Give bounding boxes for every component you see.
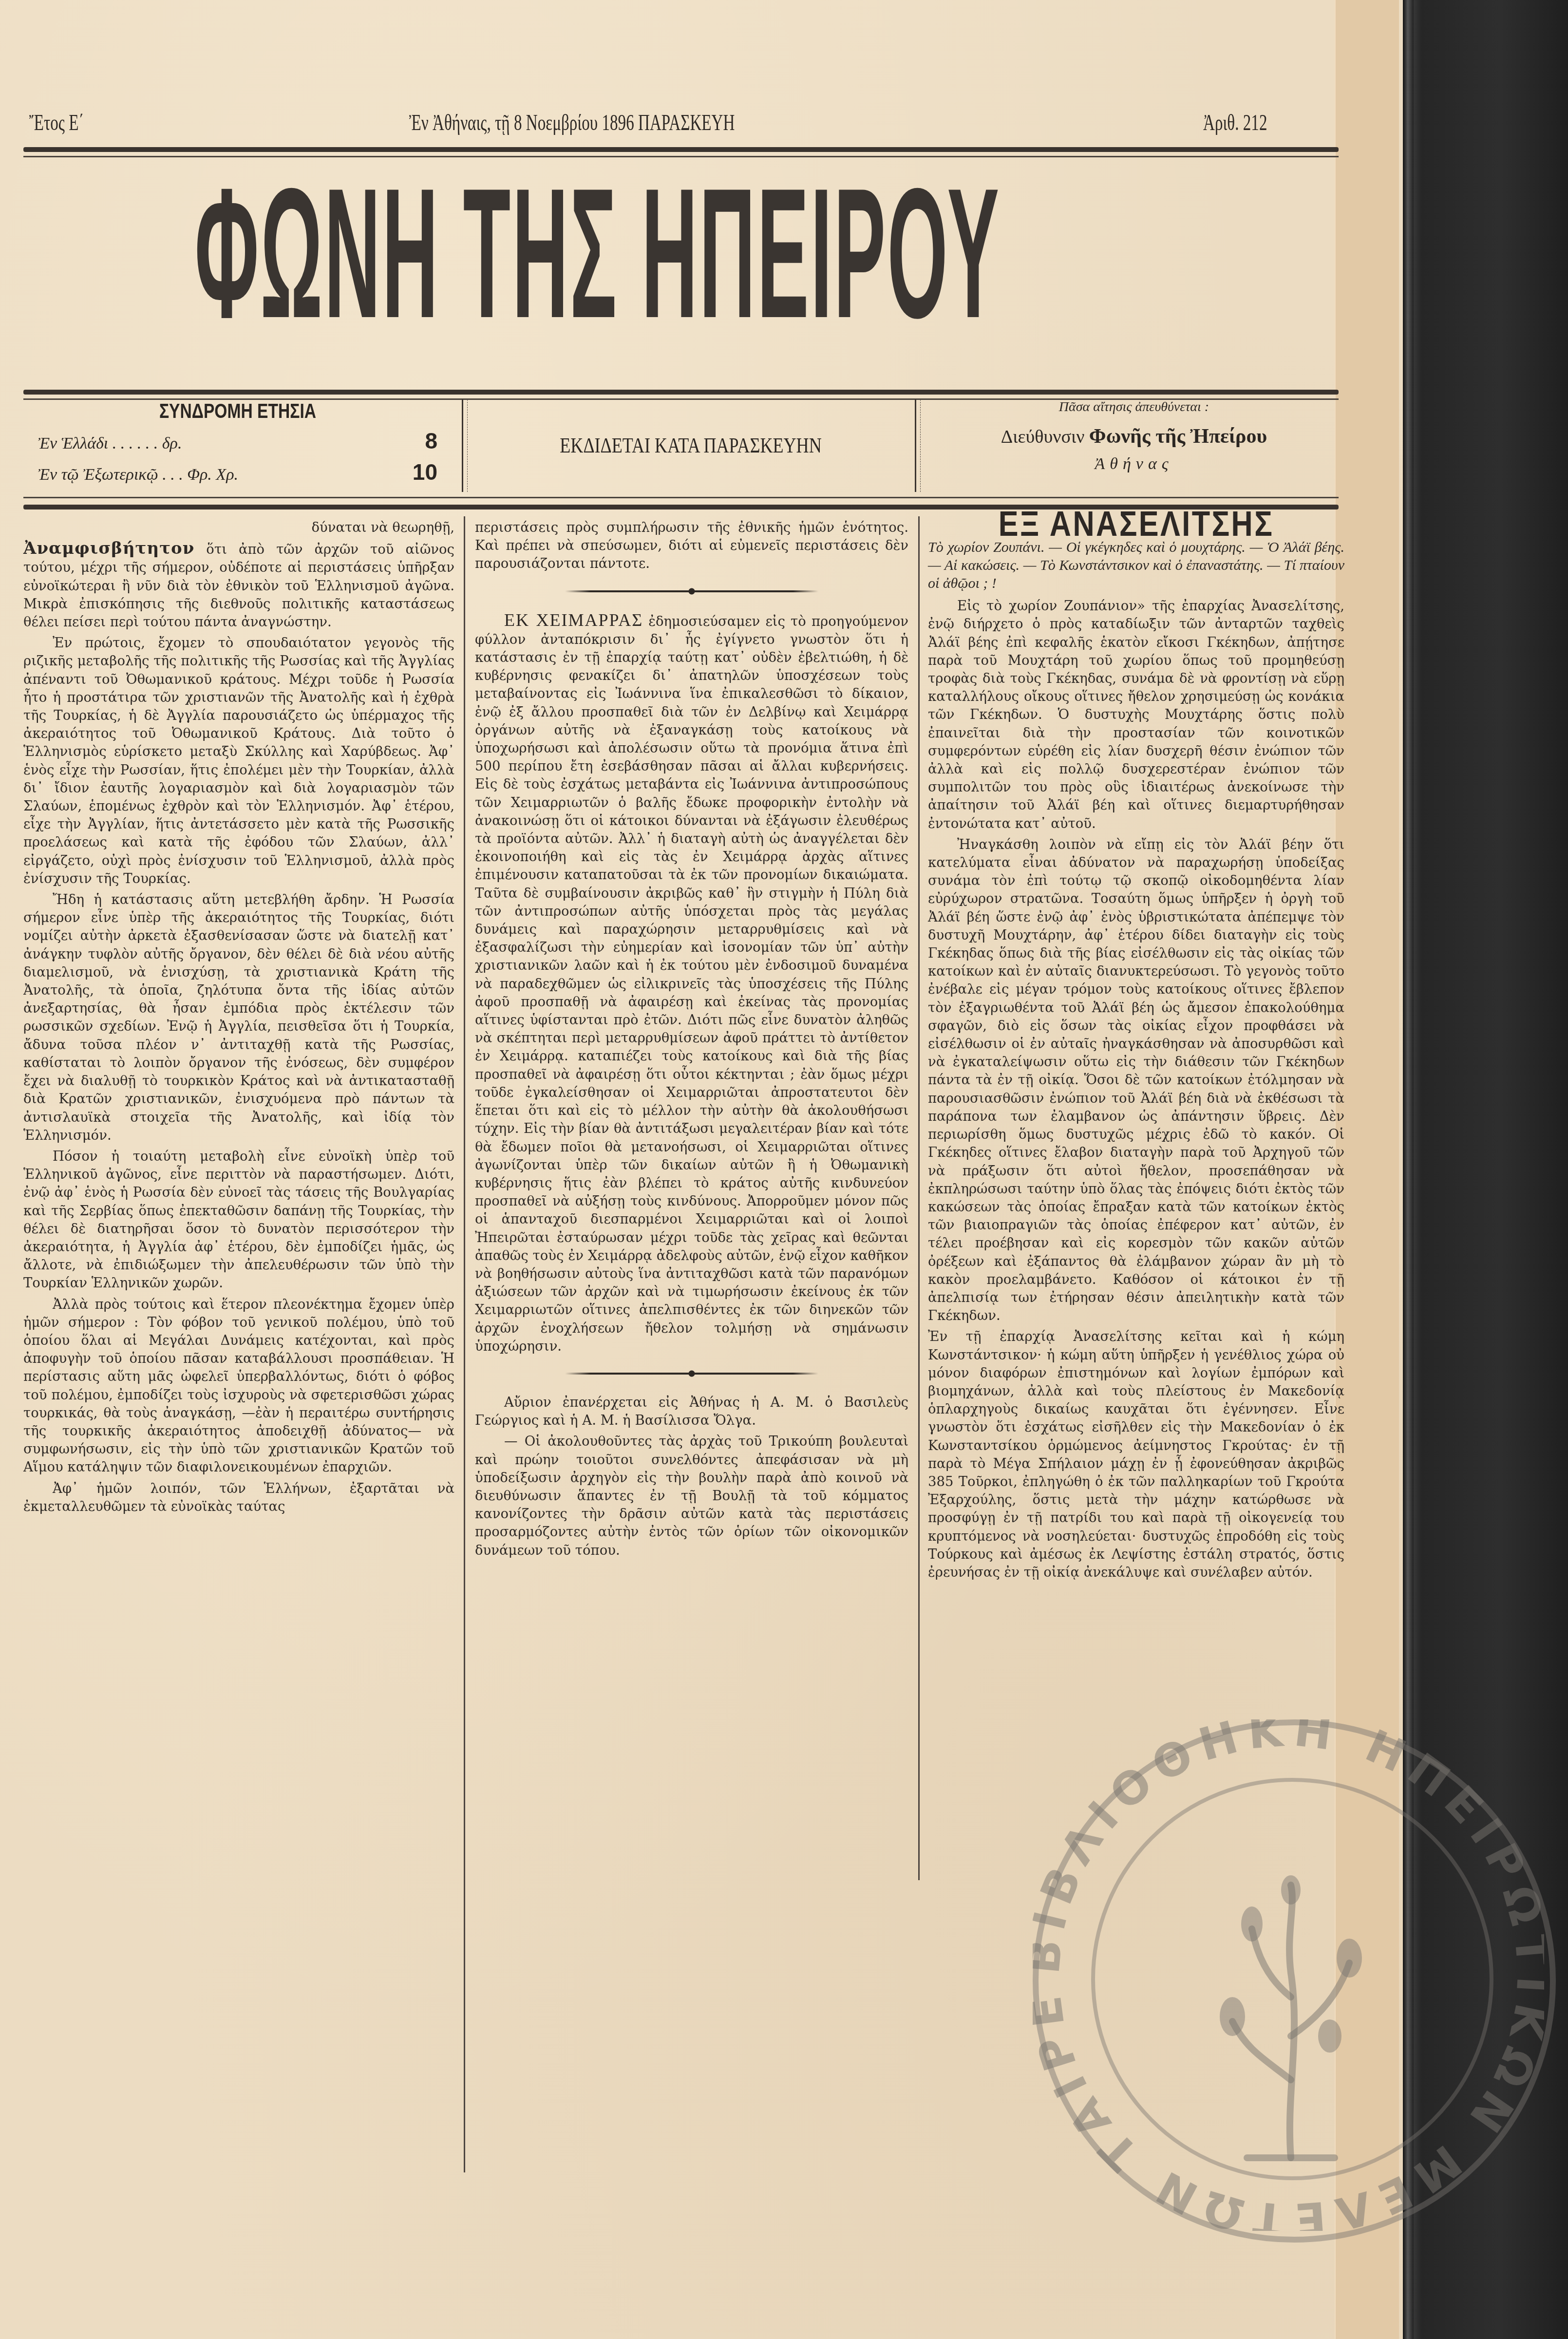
newspaper-page: Ἔτος Ε΄ Ἐν Ἀθήναις, τῇ 8 Νοεμβρίου 1896 …: [0, 0, 1403, 2339]
subscription-row-abroad: Ἐν τῷ Ἐξωτερικῷ . . . Φρ. Χρ. 10: [38, 459, 437, 485]
subscription-price: 10: [413, 459, 437, 485]
lede-paragraph: Ἀναμφισβήτητον ὅτι ἀπὸ τῶν ἀρχῶν τοῦ αἰῶ…: [23, 540, 454, 631]
address-line: Διεύθυνσιν Φωνῆς τῆς Ἠπείρου: [929, 425, 1339, 448]
issued-box: ΕΚΔΙΔΕΤΑΙ ΚΑΤΑ ΠΑΡΑΣΚΕΥΗΝ: [472, 399, 910, 492]
chimarra-text: ἐδημοσιεύσαμεν εἰς τὸ προηγούμενον φύλλο…: [475, 614, 908, 1354]
chimarra-paragraph: ΕΚ ΧΕΙΜΑΡΡΑΣ ἐδημοσιεύσαμεν εἰς τὸ προηγ…: [475, 611, 908, 1356]
band-rule-bottom-thin: [23, 497, 1339, 498]
article-paragraph: Ἤδη ἡ κατάστασις αὕτη μετεβλήθη ἄρδην. Ἡ…: [23, 891, 454, 1145]
subscription-label: Ἐν τῷ Ἐξωτερικῷ . . . Φρ. Χρ.: [38, 466, 238, 484]
column-rule: [918, 516, 920, 1880]
subscription-title: ΣΥΝΔΡΟΜΗ ΕΤΗΣΙΑ: [78, 399, 397, 423]
date-label: Ἐν Ἀθήναις, τῇ 8 Νοεμβρίου 1896 ΠΑΡΑΣΚΕΥ…: [409, 110, 735, 135]
column-middle: περιστάσεις πρὸς συμπλήρωσιν τῆς ἐθνικῆς…: [475, 519, 908, 1563]
subscription-row-domestic: Ἐν Ἑλλάδι . . . . . . δρ. 8: [38, 428, 437, 454]
section-divider-ornament: [565, 588, 818, 595]
lede-word: Ἀναμφισβήτητον: [23, 539, 194, 558]
article-paragraph: Ἀλλὰ πρὸς τούτοις καὶ ἕτερον πλεονέκτημα…: [23, 1296, 454, 1477]
book-binding: [1398, 0, 1568, 2339]
trikoupis-paragraph: — Οἱ ἀκολουθοῦντες τὰς ἀρχὰς τοῦ Τρικούπ…: [475, 1433, 908, 1559]
address-name: Φωνῆς τῆς Ἠπείρου: [1089, 425, 1267, 448]
address-prefix: Διεύθυνσιν: [1001, 427, 1085, 447]
address-box: Πᾶσα αἴτησις ἀπευθύνεται : Διεύθυνσιν Φω…: [929, 399, 1339, 492]
address-note: Πᾶσα αἴτησις ἀπευθύνεται :: [929, 399, 1339, 415]
subscription-box: ΣΥΝΔΡΟΜΗ ΕΤΗΣΙΑ Ἐν Ἑλλάδι . . . . . . δρ…: [38, 399, 437, 492]
column-left: δύναται νὰ θεωρηθῇ, Ἀναμφισβήτητον ὅτι ἀ…: [23, 519, 454, 1519]
royal-return-paragraph: Αὔριον ἐπανέρχεται εἰς Ἀθήνας ἡ Α. Μ. ὁ …: [475, 1394, 908, 1430]
section-divider-ornament: [565, 1370, 818, 1377]
masthead-title: ΦΩΝΗ ΤΗΣ ΗΠΕΙΡΟΥ: [195, 161, 604, 346]
dateline-bar: Ἔτος Ε΄ Ἐν Ἀθήναις, τῇ 8 Νοεμβρίου 1896 …: [24, 110, 1340, 149]
subscription-price: 8: [425, 428, 437, 454]
column-rule: [464, 516, 465, 2172]
article-paragraph: Ἠναγκάσθη λοιπὸν νὰ εἴπῃ εἰς τὸν Ἀλάϊ βέ…: [928, 836, 1344, 1325]
subscription-label: Ἐν Ἑλλάδι . . . . . . δρ.: [38, 434, 182, 453]
band-divider: [915, 399, 921, 492]
article-paragraph: Ἐν πρώτοις, ἔχομεν τὸ σπουδαιότατον γεγο…: [23, 634, 454, 888]
article-paragraph: Ἀφ᾽ ἡμῶν λοιπόν, τῶν Ἑλλήνων, ἐξαρτᾶται …: [23, 1480, 454, 1516]
band-divider: [462, 399, 468, 492]
article-paragraph: Ἐν τῇ ἐπαρχίᾳ Ἀνασελίτσης κεῖται καὶ ἡ κ…: [928, 1328, 1344, 1582]
section-heading-chimarra: ΕΚ ΧΕΙΜΑΡΡΑΣ: [504, 610, 643, 630]
article-paragraph: Εἰς τὸ χωρίον Ζουπάνιον» τῆς ἐπαρχίας Ἀν…: [928, 597, 1344, 833]
issued-weekly-text: ΕΚΔΙΔΕΤΑΙ ΚΑΤΑ ΠΑΡΑΣΚΕΥΗΝ: [511, 399, 870, 492]
article-continuation: περιστάσεις πρὸς συμπλήρωσιν τῆς ἐθνικῆς…: [475, 519, 908, 573]
lede-first-line: δύναται νὰ θεωρηθῇ,: [23, 519, 454, 537]
year-label: Ἔτος Ε΄: [29, 110, 84, 135]
binding-edge: [1403, 0, 1414, 2339]
address-city: Ἀθήνας: [929, 455, 1339, 473]
subscription-band: ΣΥΝΔΡΟΜΗ ΕΤΗΣΙΑ Ἐν Ἑλλάδι . . . . . . δρ…: [23, 385, 1339, 507]
headline-summary: Τὸ χωρίον Ζουπάνι. — Οἱ γκέγκηδες καὶ ὁ …: [928, 538, 1344, 592]
article-paragraph: Πόσον ἡ τοιαύτη μεταβολὴ εἶνε εὐνοϊκὴ ὑπ…: [23, 1148, 454, 1293]
column-right: ΕΞ ΑΝΑΣΕΛΙΤΣΗΣ Τὸ χωρίον Ζουπάνι. — Οἱ γ…: [928, 511, 1344, 1584]
issue-number: Ἀριθ. 212: [1203, 110, 1267, 135]
headline-anaselitsa: ΕΞ ΑΝΑΣΕΛΙΤΣΗΣ: [959, 515, 1313, 533]
